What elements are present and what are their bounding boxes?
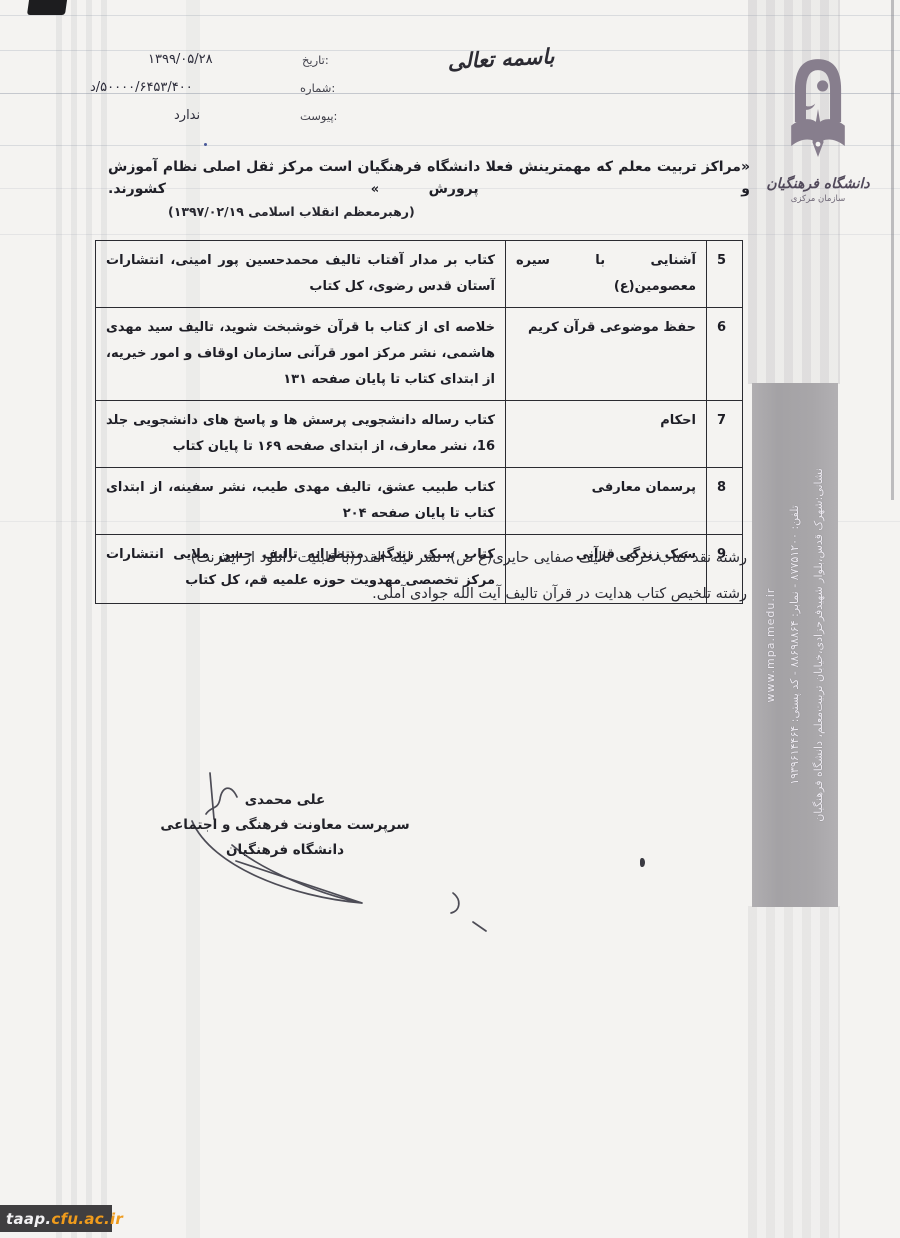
signatory-name: علی محمدی [160,788,410,813]
row-description: کتاب بر مدار آفتاب تالیف محمدحسین پور ام… [96,241,506,308]
row-number: 5 [707,241,743,308]
row-category: پرسمان معارفی [506,468,707,535]
number-label: شماره: [300,81,335,95]
letterhead-logo-block: دانشگاه فرهنگیان سازمان مرکزی [760,48,876,204]
note-line-2: رشته تلخیص کتاب هدایت در قرآن تالیف آیت … [191,586,747,602]
table-row: 7 احکام کتاب رساله دانشجویی پرسش ها و پا… [96,401,743,468]
row-category: آشنایی با سیره معصومین(ع) [506,241,707,308]
contact-address: نشانی:شهرک قدس،بلوار شهیدفرحزادی،خیابان … [807,383,831,907]
row-description: کتاب طبیب عشق، تالیف مهدی طیب، نشر سفینه… [96,468,506,535]
note-line-1: رشته نقد کتاب حرکت تالیف صفایی حایری(ع ص… [191,550,747,566]
contact-phone-fax-postal: تلفن: ۸۷۷۵۱۲۰۰ - نمابر: ۸۸۶۹۸۸۶۴ - کد پس… [783,383,807,907]
logo-org-subtitle: سازمان مرکزی [760,194,876,204]
row-description: خلاصه ای از کتاب با قرآن خوشبخت شوید، تا… [96,308,506,401]
attachment-value: ندارد [174,108,200,123]
number-value: د/۵۰۰۰۰/۶۴۵۳/۴۰۰ [90,80,193,95]
row-description: کتاب رساله دانشجویی پرسش ها و پاسخ های د… [96,401,506,468]
side-contact-strip: www.mpa.medu.ir تلفن: ۸۷۷۵۱۲۰۰ - نمابر: … [752,383,838,907]
farhangian-university-logo-icon [775,48,861,170]
logo-org-name: دانشگاه فرهنگیان [760,176,876,192]
signature-block: علی محمدی سرپرست معاونت فرهنگی و اجتماعی… [160,788,410,863]
row-number: 8 [707,468,743,535]
watermark-bar: taap.cfu.ac.ir [0,1205,112,1232]
watermark-domain: cfu.ac.ir [51,1210,123,1228]
attachment-label: پیوست: [300,109,337,123]
scanned-letter-page: باسمه تعالی تاریخ: ۱۳۹۹/۰۵/۲۸ شماره: د/۵… [0,0,900,1238]
scan-corner-mark [27,0,67,15]
table-row: 5 آشنایی با سیره معصومین(ع) کتاب بر مدار… [96,241,743,308]
row-number: 6 [707,308,743,401]
quote-attribution: (رهبرمعظم انقلاب اسلامی ۱۳۹۷/۰۲/۱۹) [168,204,415,219]
scan-ruled-line [0,15,900,16]
quote-close-mark: « [0,182,750,197]
row-category: احکام [506,401,707,468]
signatory-org: دانشگاه فرهنگیان [160,838,410,863]
signatory-title: سرپرست معاونت فرهنگی و اجتماعی [160,813,410,838]
scan-edge-line [891,0,894,500]
date-label: تاریخ: [302,53,329,67]
ink-speck [204,143,207,146]
date-value: ۱۳۹۹/۰۵/۲۸ [148,52,213,67]
scan-ruled-line [0,234,900,235]
notes-block: رشته نقد کتاب حرکت تالیف صفایی حایری(ع ص… [191,550,747,622]
table-row: 8 پرسمان معارفی کتاب طبیب عشق، تالیف مهد… [96,468,743,535]
watermark-prefix: taap. [6,1210,51,1228]
scan-streaks-right-bottom [748,906,840,1238]
logo-nib-dot [816,142,821,147]
row-category: حفظ موضوعی قرآن کریم [506,308,707,401]
row-number: 7 [707,401,743,468]
besmele-calligraphy: باسمه تعالی [435,43,566,75]
contact-website: www.mpa.medu.ir [759,383,783,907]
table-row: 6 حفظ موضوعی قرآن کریم خلاصه ای از کتاب … [96,308,743,401]
